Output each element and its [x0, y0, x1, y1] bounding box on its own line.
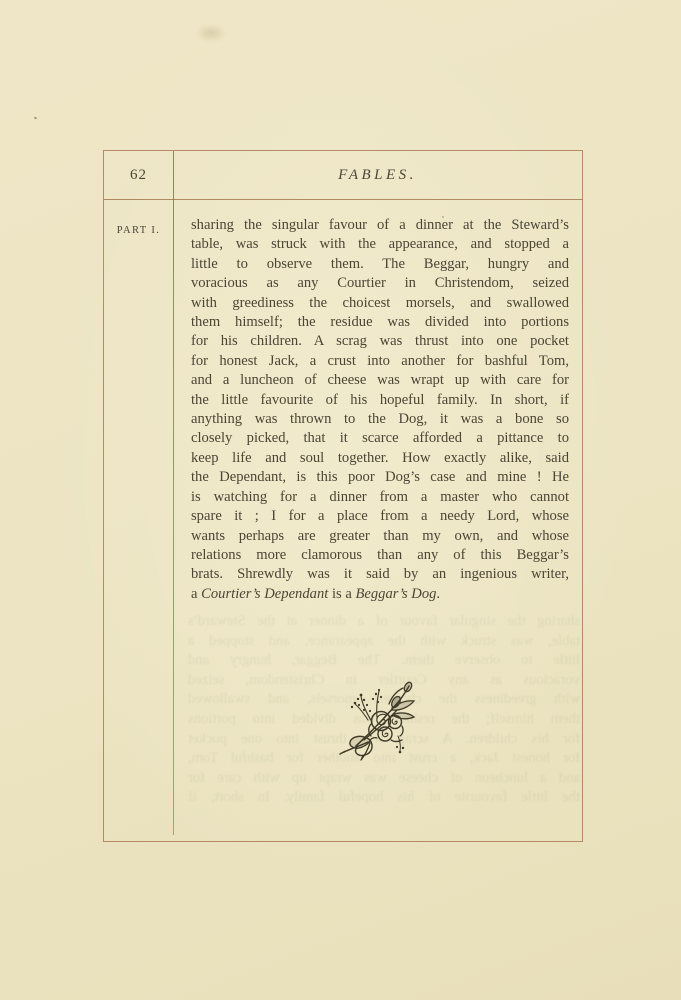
text-line: keep life and soul together. How exactly… [191, 449, 569, 468]
italic-phrase: Beggar’s Dog [355, 586, 436, 602]
text-line: with greediness the choicest morsels, an… [191, 294, 569, 313]
text-line: a Courtier’s Dependant is a Beggar’s Dog… [191, 585, 569, 604]
text-line: wants perhaps are greater than my own, a… [191, 527, 569, 546]
running-title-cell: FABLES. [173, 151, 582, 199]
text-line: for honest Jack, a crust into another fo… [191, 352, 569, 371]
text-line: relations more clamorous than any of thi… [191, 546, 569, 565]
running-title: FABLES. [338, 167, 417, 184]
paper-smudge [196, 24, 226, 42]
book-page: 62 FABLES. PART I. sharing the singular … [0, 0, 681, 1000]
page-header: 62 FABLES. [104, 151, 582, 199]
text-line: sharing the singular favour of a dinner … [191, 216, 569, 235]
text-line: table, was struck with the appearance, a… [191, 235, 569, 254]
part-label: PART I. [117, 225, 161, 236]
text-segment: a [191, 586, 201, 602]
text-segment: is a [328, 586, 355, 602]
paper-speck [34, 116, 38, 119]
page-number-cell: 62 [104, 151, 173, 199]
text-segment: . [436, 586, 440, 602]
floral-ornament [334, 674, 426, 766]
text-line: for his children. A scrag was thrust int… [191, 332, 569, 351]
text-line: closely picked, that it scarce afforded … [191, 429, 569, 448]
italic-phrase: Courtier’s Dependant [201, 586, 328, 602]
margin-column: PART I. [104, 200, 173, 841]
text-line: them himself; the residue was divided in… [191, 313, 569, 332]
text-line: is watching for a dinner from a master w… [191, 488, 569, 507]
text-line: voracious as any Courtier in Christendom… [191, 274, 569, 293]
page-number: 62 [130, 167, 147, 184]
text-line: the Dependant, is this poor Dog’s case a… [191, 468, 569, 487]
text-line: and a luncheon of cheese was wrapt up wi… [191, 371, 569, 390]
text-line: the little favourite of his hopeful fami… [191, 391, 569, 410]
text-line: brats. Shrewdly was it said by an ingeni… [191, 565, 569, 584]
text-line: spare it ; I for a place from a needy Lo… [191, 507, 569, 526]
text-line: anything was thrown to the Dog, it was a… [191, 410, 569, 429]
text-line: little to observe them. The Beggar, hung… [191, 255, 569, 274]
